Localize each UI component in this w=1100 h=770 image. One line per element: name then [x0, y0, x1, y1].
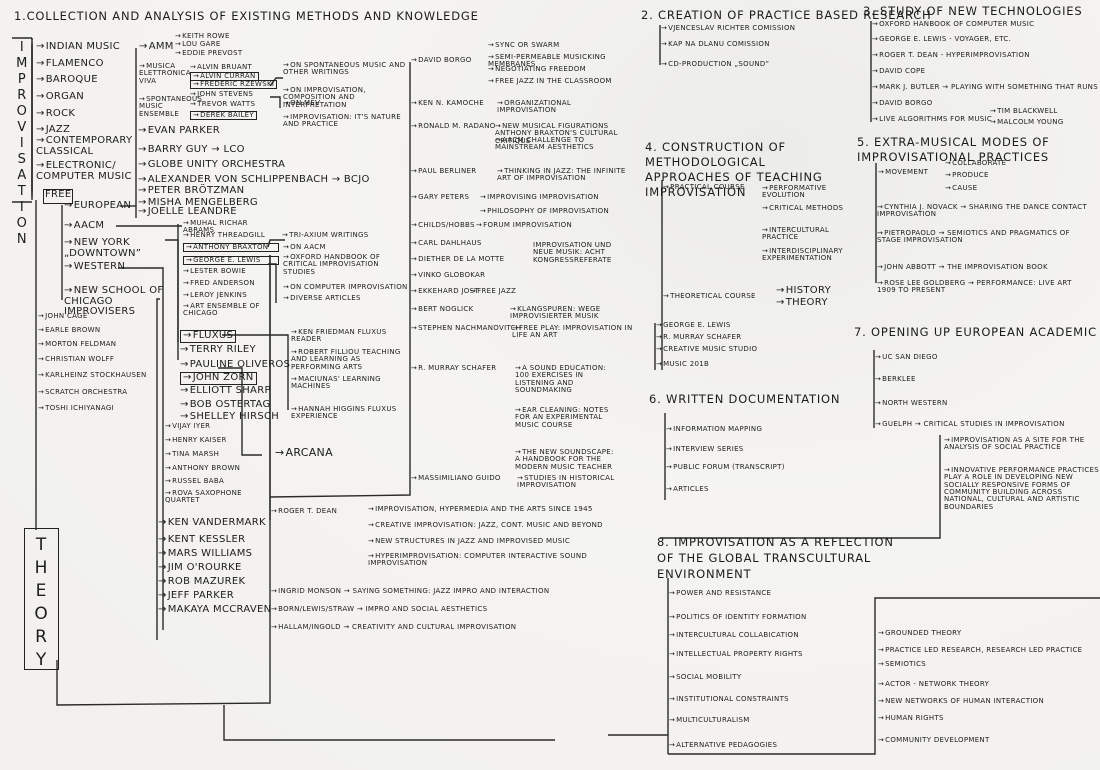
amm-member: Eddie Prevost	[175, 50, 242, 57]
live-algorithm-author: Tim Blackwell	[990, 108, 1058, 115]
theory-author: Diether de la Motte	[411, 256, 504, 263]
section-3-item: Mark J. Butler → Playing with something …	[872, 84, 1098, 91]
movement-item: Collaborate	[945, 160, 1006, 167]
theoretical-item: Theory	[776, 298, 828, 309]
section-7-title: 7. Opening up European academic discours…	[854, 326, 1100, 338]
free-branch: AACM	[64, 221, 164, 232]
genre-item: Flamenco	[36, 59, 151, 70]
section-3-item: Oxford hanbook of computer music	[872, 21, 1034, 28]
amm-member: Lou Gare	[175, 41, 221, 48]
theory-author: Ekkehard Jost	[411, 288, 479, 295]
sme-member: John Stevens	[190, 91, 253, 98]
chicago-artist: Mars Williams	[158, 549, 252, 560]
section-4-other: Creative Music Studio	[656, 346, 757, 353]
theory-author: Carl Dahlhaus	[411, 240, 482, 247]
section-8-item: Alternative pedagogies	[669, 742, 777, 749]
theory-work: Organizational improvisation	[497, 100, 632, 115]
european-artist: Joelle Leandre	[138, 207, 237, 218]
theory-author: Ken N. Kamoche	[411, 100, 484, 107]
improvisation-label: IMPROVISATION	[13, 40, 29, 248]
lewis-work: On AACM	[283, 244, 408, 251]
free-label: Free	[45, 190, 72, 201]
section-3-item: Live algorithms for music	[872, 116, 992, 123]
section-1-title: 1.Collection and analysis of existing me…	[14, 10, 479, 22]
section-4-other: Music 201B	[656, 361, 709, 368]
theory-author: Paul Berliner	[411, 168, 476, 175]
composer-item: Earle Brown	[38, 327, 100, 334]
free-branch: New York „Downtown”	[64, 238, 164, 259]
section-8-theory: Semiotics	[878, 661, 926, 668]
movement-item: Produce	[945, 172, 989, 179]
section-6-title: 6. Written documentation	[649, 393, 840, 405]
theory-work: Negotiating freedom	[488, 66, 623, 73]
genre-item: Rock	[36, 109, 151, 120]
dean-work: Improvisation, hypermedia and the arts s…	[368, 506, 623, 513]
sme-member: Derek Bailey	[190, 111, 257, 120]
aacm-member: Leroy Jenkins	[183, 292, 273, 299]
section-8-item: Intellectual property rights	[669, 651, 803, 658]
theory-work: Free play: improvisation in life an art	[512, 325, 647, 340]
western-artist: Tina Marsh	[165, 451, 260, 458]
mev-label: Musica Elettronica Viva	[139, 63, 194, 85]
aacm-member: Fred Anderson	[183, 280, 273, 287]
composer-item: Scratch Orchestra	[38, 389, 127, 396]
european-artist: Barry Guy → LCO	[138, 145, 245, 156]
section-3-item: David Cope	[872, 68, 925, 75]
section-8-item: Multiculturalism	[669, 717, 750, 724]
lewis-work: On computer improvisation	[283, 284, 408, 291]
section-5-item: Cynthia J. Novack → Sharing the dance co…	[877, 204, 1092, 219]
section-8-item: Social mobility	[669, 674, 741, 681]
theory-author: Stephen Nachmanovitch	[411, 325, 521, 332]
section-8-title: 8. Improvisation as a reflection of the …	[657, 534, 897, 582]
fluxus-work: Robert Filliou Teaching and learning as …	[291, 349, 401, 371]
aacm-member: George E. Lewis	[183, 256, 279, 265]
dean-work: Creative improvisation: jazz, cont. musi…	[368, 522, 623, 529]
amm-label: AMM	[139, 42, 174, 53]
genre-item: Baroque	[36, 75, 151, 86]
section-6-item: Articles	[666, 486, 709, 493]
lewis-work: Diverse articles	[283, 295, 408, 302]
sme-member: Trevor Watts	[190, 101, 255, 108]
zorn-work: Arcana	[275, 447, 333, 459]
guelph-item: Innovative performance practices play a …	[944, 467, 1099, 511]
section-8-item: Power and resistance	[669, 590, 771, 597]
rzewski-work: On MEV	[283, 100, 408, 107]
theory-author: Childs/Hobbs	[411, 222, 475, 229]
practical-item: Critical methods	[762, 205, 852, 212]
section-3-title: 3. Study of new technologies	[863, 5, 1082, 17]
movement-item: Cause	[945, 185, 977, 192]
braxton-work: Tri-Axium writings	[282, 232, 368, 239]
theory-work: AACM challenge to mainstream aesthetics	[495, 137, 630, 152]
theory-author: Massimiliano Guido	[411, 475, 501, 482]
section-5-item: John Abbott → The improvisation book	[877, 264, 1092, 271]
composer-item: Karlheinz Stockhausen	[38, 372, 146, 379]
sme-label: Spontaneous music ensemble	[139, 96, 194, 118]
practical-item: Interdisciplinary experimentation	[762, 248, 852, 263]
section-8-theory: New networks of human interaction	[878, 698, 1044, 705]
western-artist: Russel Baba	[165, 478, 260, 485]
section-7-item: Berklee	[875, 376, 916, 383]
downtown-artist: John Zorn	[180, 372, 257, 385]
section-3-item: David Borgo	[872, 100, 933, 107]
section-5-item: Rose Lee Goldberg → Performance: live ar…	[877, 280, 1092, 295]
chicago-artist: Jeff Parker	[158, 591, 234, 602]
theory-author: Gary Peters	[411, 194, 469, 201]
composer-item: Christian Wolff	[38, 356, 114, 363]
bailey-work: Improvisation: it's nature and practice	[283, 114, 403, 129]
section-7-item: UC San Diego	[875, 354, 938, 361]
section-3-item: George E. Lewis - Voyager, etc.	[872, 36, 1011, 43]
dean-name: Roger T. Dean	[271, 508, 337, 515]
section-3-item: Roger T. Dean - Hyperimprovisation	[872, 52, 1030, 59]
aacm-member: Lester Bowie	[183, 268, 273, 275]
theory-work: Ear cleaning: notes for an experimental …	[515, 407, 615, 429]
chicago-artist: Makaya McCraven	[158, 605, 271, 616]
theory-work: Studies in historical improvisation	[517, 475, 652, 490]
section-4-other: George E. Lewis	[656, 322, 731, 329]
aacm-member: Art Ensemble of Chicago	[183, 303, 273, 318]
theory-work: Improvising improvisation	[480, 194, 615, 201]
practical-item: Intercultural practice	[762, 227, 852, 242]
theory-author: Ronald M. Radano	[411, 123, 496, 130]
section-6-item: Public forum (transcript)	[666, 464, 785, 471]
downtown-artist: Pauline Oliveros	[180, 360, 290, 371]
section-6-item: Information mapping	[666, 426, 762, 433]
fluxus-work: Maciunas' learning machines	[291, 376, 401, 391]
fluxus-work: Ken Friedman Fluxus Reader	[291, 329, 401, 344]
section-8-theory: Grounded theory	[878, 630, 961, 637]
practical-course: Practical course	[663, 184, 745, 191]
theory-author: R. Murray Schafer	[411, 365, 496, 372]
european-artist: Evan Parker	[138, 126, 220, 137]
theory-work: Free jazz in the classroom	[488, 78, 623, 85]
section-8-theory: Actor - network theory	[878, 681, 989, 688]
guelph-item: Improvisation as a site for the analysis…	[944, 437, 1099, 452]
european-artist: Peter Brötzman	[138, 186, 244, 197]
section-7-item: Guelph → Critical studies in improvisati…	[875, 421, 1065, 428]
european-artist: Alexander von Schlippenbach → BCJO	[138, 175, 370, 186]
dahlhaus-shared-work: Improvisation und neue musik: acht kongr…	[533, 242, 623, 264]
fluxus-work: Hannah Higgins Fluxus Experience	[291, 406, 401, 421]
theory-work: Sync or swarm	[488, 42, 623, 49]
aacm-member: Anthony Braxton	[183, 243, 279, 252]
theory-work: The new soundscape: a handbook for the m…	[515, 449, 615, 471]
theory-author: Vinko Globokar	[411, 272, 485, 279]
downtown-artist: Terry Riley	[180, 345, 256, 356]
section-8-theory: Human rights	[878, 715, 944, 722]
dean-work: Hyperimprovisation: computer interactive…	[368, 553, 623, 568]
chicago-artist: Kent Kessler	[158, 535, 245, 546]
downtown-artist: Shelley Hirsch	[180, 412, 279, 423]
european-artist: Globe Unity Orchestra	[138, 160, 285, 171]
theory-work: A sound education: 100 exercises in list…	[515, 365, 615, 394]
genre-item: Indian music	[36, 42, 151, 53]
western-artist: Rova Saxophone Quartet	[165, 490, 260, 505]
section-7-item: North Western	[875, 400, 948, 407]
section-8-theory: Practice led research, research led prac…	[878, 647, 1082, 654]
theoretical-item: History	[776, 286, 831, 297]
lewis-work: Oxford handbook of critical improvisatio…	[283, 254, 408, 276]
western-artist: Henry Kaiser	[165, 437, 260, 444]
downtown-artist: Fluxus	[180, 330, 236, 343]
theory-author: Bert Noglick	[411, 306, 473, 313]
rzewski-work: On spontaneous music and other writings	[283, 62, 408, 77]
section-8-item: Institutional constraints	[669, 696, 789, 703]
section-2-item: Vjenceslav Richter comission	[661, 25, 795, 32]
dean-work: New structures in jazz and improvised mu…	[368, 538, 623, 545]
section-6-item: Interview series	[666, 446, 744, 453]
live-algorithm-author: Malcolm Young	[990, 119, 1064, 126]
chicago-artist: Jim O'Rourke	[158, 563, 242, 574]
composer-item: Morton Feldman	[38, 341, 116, 348]
western-artist: Anthony Brown	[165, 465, 260, 472]
theory-author: David Borgo	[411, 57, 472, 64]
genre-item: Organ	[36, 92, 151, 103]
theoretical-course: Theoretical course	[663, 293, 756, 300]
practical-item: Performative evolution	[762, 185, 852, 200]
late-author: Hallam/Ingold → Creativity and cultural …	[271, 624, 516, 631]
section-5-item: Pietropaolo → Semiotics and pragmatics o…	[877, 230, 1092, 245]
western-artist: Vijay Iyer	[165, 423, 260, 430]
theory-work: Forum improvisation	[476, 222, 611, 229]
section-8-theory: Community development	[878, 737, 990, 744]
composer-item: Toshi Ichiyanagi	[38, 405, 114, 412]
section-8-item: Politics of identity formation	[669, 614, 807, 621]
downtown-artist: Elliott Sharp	[180, 386, 271, 397]
aacm-member: Henry Threadgill	[183, 232, 273, 239]
genre-item: Contemporary classical	[36, 136, 151, 157]
mev-member: Frederic Rzewski	[190, 80, 277, 89]
chicago-artist: Ken Vandermark	[158, 518, 266, 529]
theory-work: Free jazz	[470, 288, 605, 295]
movement: Movement	[878, 169, 928, 176]
downtown-artist: Bob Ostertag	[180, 400, 271, 411]
mev-member: Alvin Bruant	[190, 64, 252, 71]
theory-label: THEORY	[27, 535, 54, 673]
theory-work: Thinking in jazz: the infinite art of im…	[497, 168, 632, 183]
theory-work: Philosophy of improvisation	[480, 208, 615, 215]
chicago-artist: Rob Mazurek	[158, 577, 245, 588]
genre-item: Electronic/ computer music	[36, 161, 151, 182]
section-2-item: CD-production „Sound”	[661, 61, 769, 68]
late-author: Born/Lewis/Straw → Impro and social aest…	[271, 606, 487, 613]
theory-work: Klangspuren: wege improvisierter musik	[510, 306, 645, 321]
free-branch: Western	[64, 262, 164, 273]
section-8-item: Intercultural collabication	[669, 632, 799, 639]
section-4-other: R. Murray Schafer	[656, 334, 741, 341]
late-author: Ingrid Monson → Saying something: jazz i…	[271, 588, 549, 595]
genre-item: Jazz	[36, 125, 151, 136]
composer-item: John Cage	[38, 313, 88, 320]
section-2-item: Kap na dlanu comission	[661, 41, 770, 48]
